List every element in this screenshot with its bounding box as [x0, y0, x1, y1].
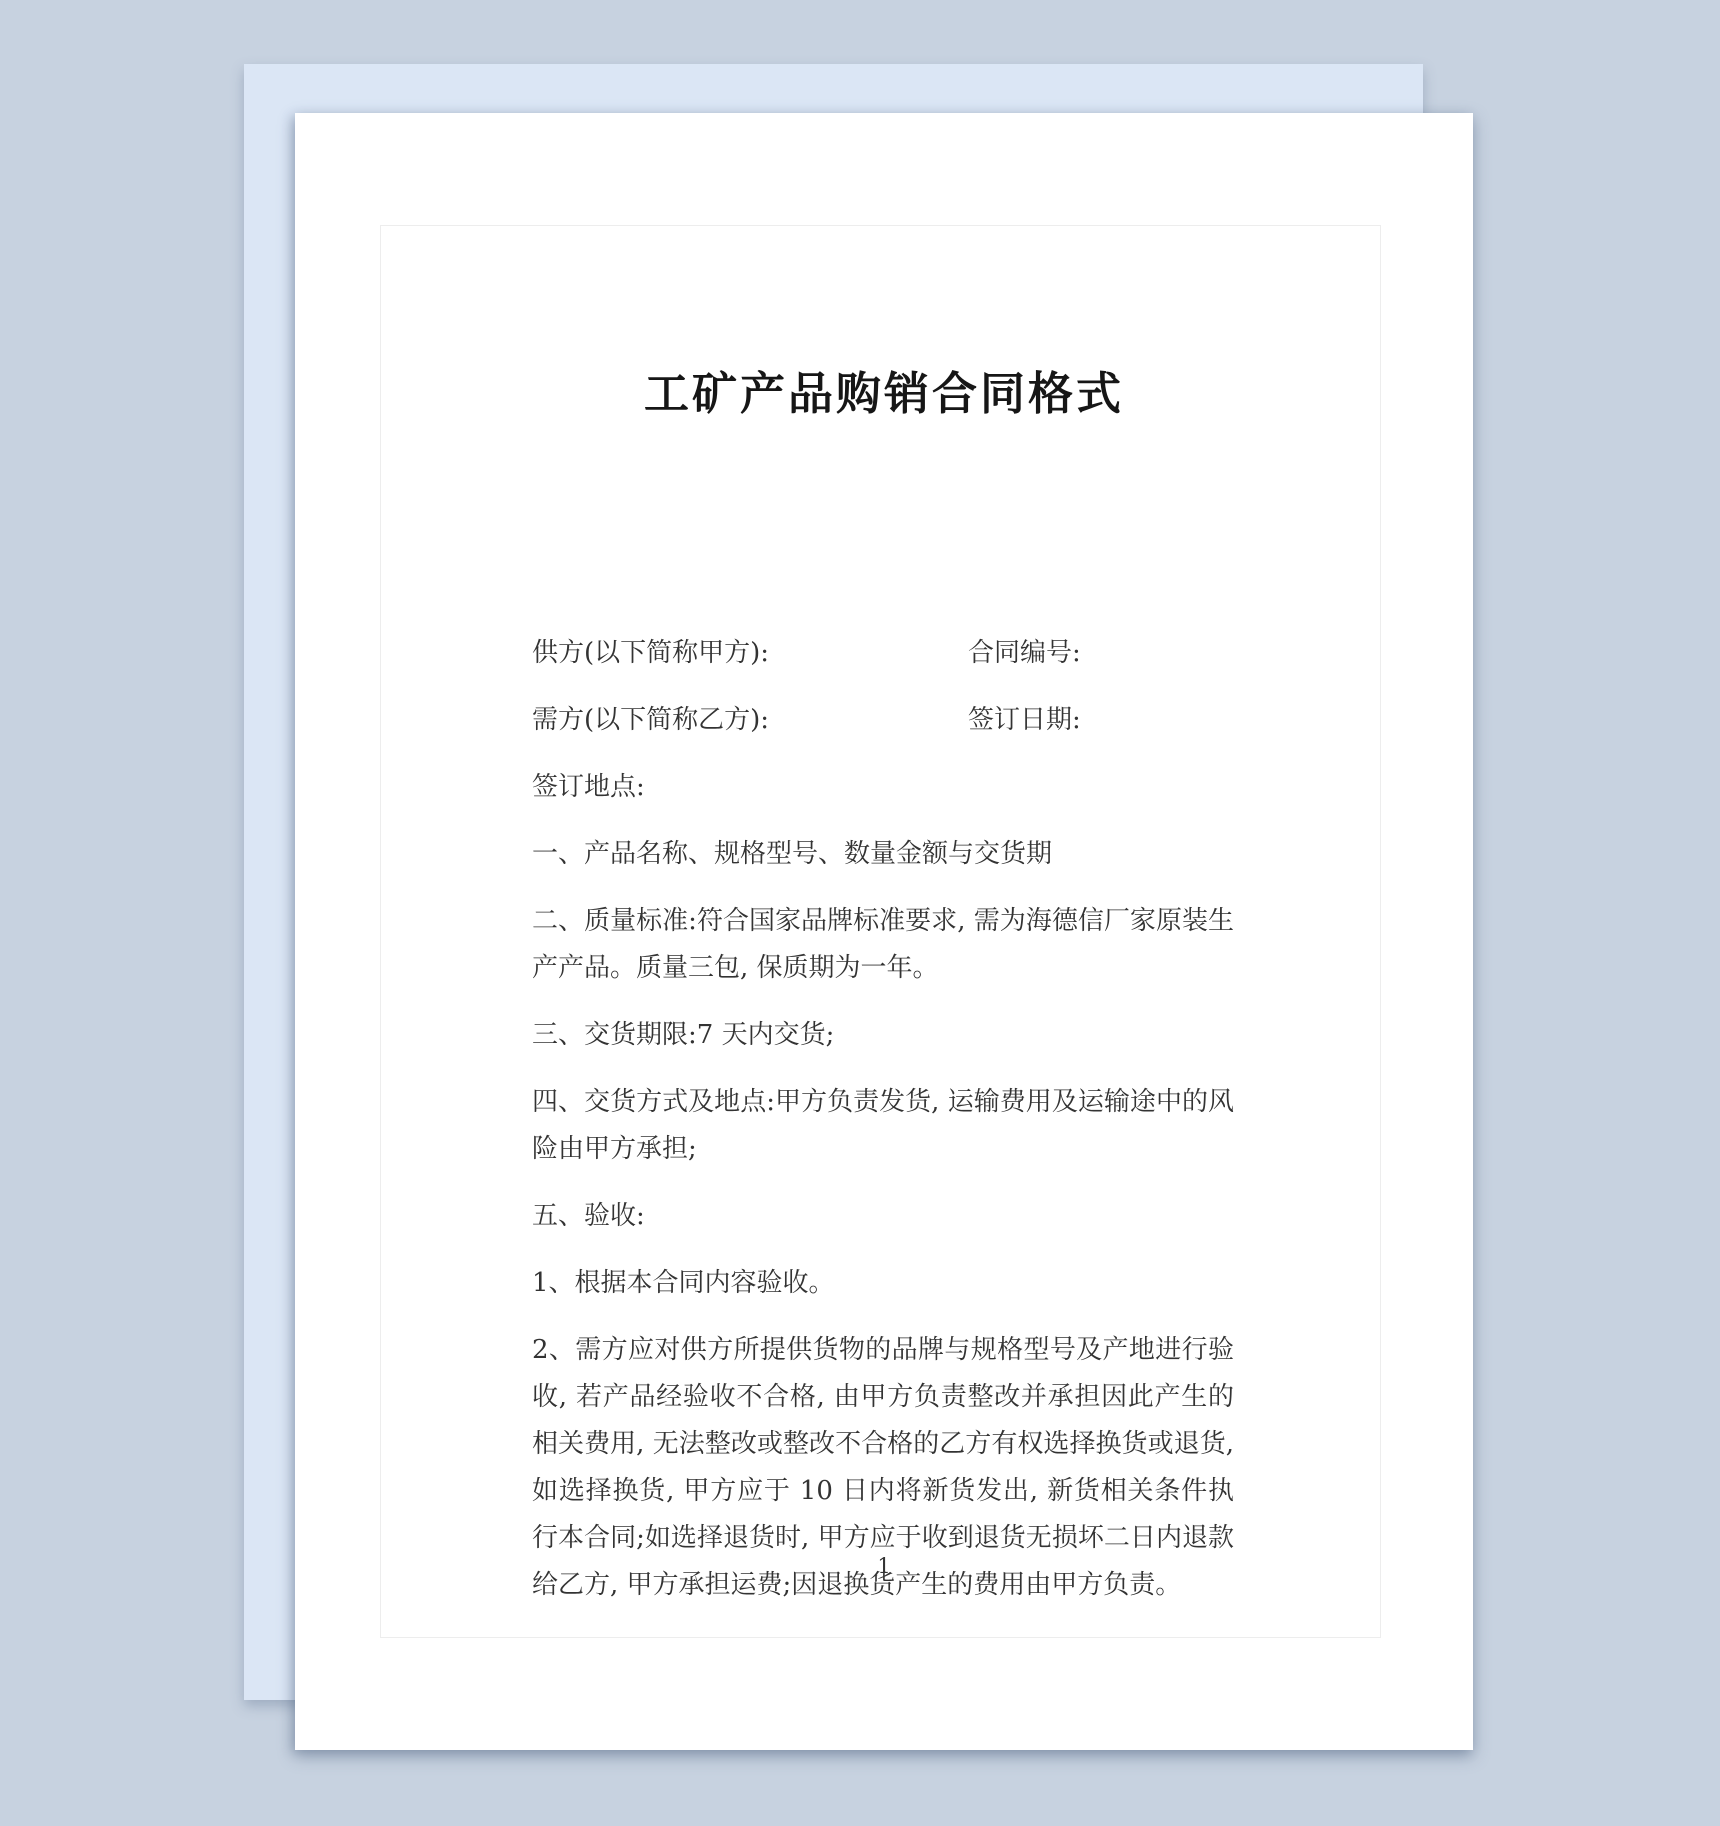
- clause-3-delivery-deadline: 三、交货期限:7 天内交货;: [532, 1012, 1234, 1059]
- signing-date-label: 签订日期:: [968, 697, 1081, 744]
- document-title: 工矿产品购销合同格式: [295, 371, 1473, 416]
- clause-5-item-1: 1、根据本合同内容验收。: [532, 1260, 1234, 1307]
- page-number: 1: [295, 1554, 1473, 1579]
- supplier-label: 供方(以下简称甲方):: [532, 638, 769, 668]
- meta-row-buyer: 需方(以下简称乙方): 签订日期:: [532, 697, 1234, 744]
- meta-row-supplier: 供方(以下简称甲方): 合同编号:: [532, 630, 1234, 677]
- buyer-label: 需方(以下简称乙方):: [532, 705, 769, 735]
- document-body: 供方(以下简称甲方): 合同编号: 需方(以下简称乙方): 签订日期: 签订地点…: [532, 630, 1234, 1629]
- clause-4-delivery-method: 四、交货方式及地点:甲方负责发货, 运输费用及运输途中的风险由甲方承担;: [532, 1079, 1234, 1173]
- signing-place-label: 签订地点:: [532, 764, 1234, 811]
- clause-2-quality-standard: 二、质量标准:符合国家品牌标准要求, 需为海德信厂家原装生产产品。质量三包, 保…: [532, 898, 1234, 992]
- clause-5-acceptance: 五、验收:: [532, 1193, 1234, 1240]
- desktop-background: 工矿产品购销合同格式 供方(以下简称甲方): 合同编号: 需方(以下简称乙方):…: [0, 0, 1720, 1826]
- contract-number-label: 合同编号:: [968, 630, 1081, 677]
- clause-1-product-name: 一、产品名称、规格型号、数量金额与交货期: [532, 831, 1234, 878]
- contract-document-page: 工矿产品购销合同格式 供方(以下简称甲方): 合同编号: 需方(以下简称乙方):…: [295, 113, 1473, 1750]
